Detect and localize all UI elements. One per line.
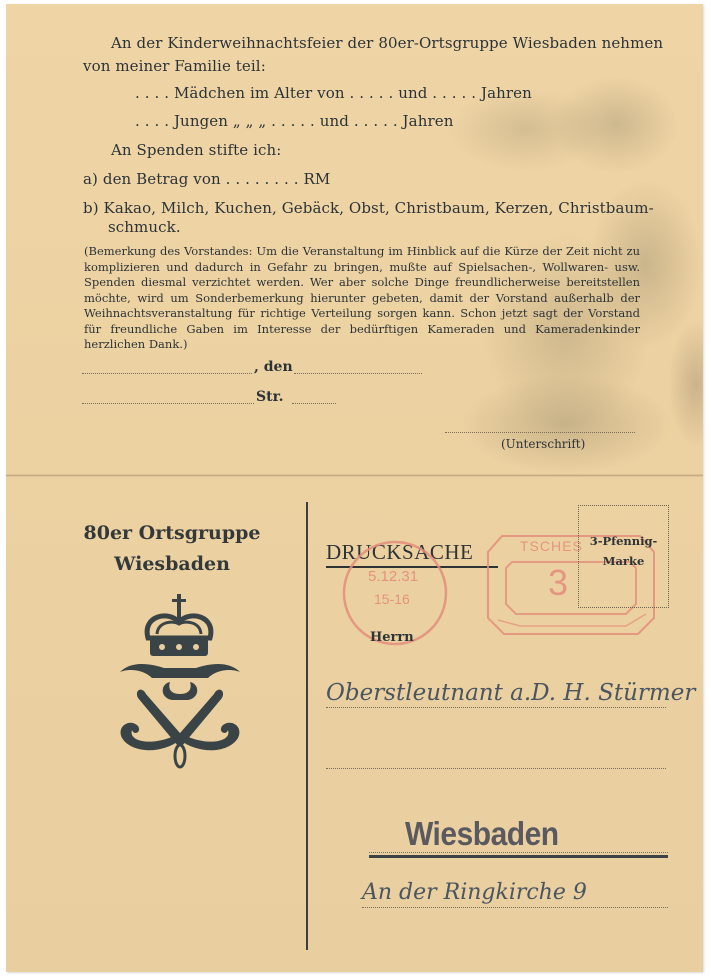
address-line-2[interactable] [326,768,666,769]
signature-label: (Unterschrift) [501,437,585,451]
stamp-label-line-1: 3-Pfennig- [578,534,669,548]
donation-option-a: a) den Betrag von . . . . . . . . RM [83,170,330,188]
postmark-date: 5.12.31 [368,568,418,585]
board-note: (Bemerkung des Vorstandes: Um die Verans… [84,244,640,353]
postmark-time: 15-16 [374,591,410,607]
city-field[interactable] [369,852,668,853]
donation-option-b-line-2: schmuck. [108,218,181,236]
date-label: , den [254,359,293,375]
donations-heading: An Spenden stifte ich: [111,141,281,159]
meter-stamp-text: TSCHES [520,538,583,554]
org-title-line-2: Wiesbaden [47,553,297,575]
recipient-name-line[interactable] [326,707,666,708]
donation-option-b-line-1: b) Kakao, Milch, Kuchen, Gebäck, Obst, C… [83,199,654,217]
street-field[interactable] [82,403,254,404]
place-field[interactable] [82,373,252,374]
recipient-name: Oberstleutnant a.D. H. Stürmer [326,680,695,706]
girls-line: . . . . Mädchen im Alter von . . . . . u… [135,84,532,102]
meter-stamp-value: 3 [548,562,568,604]
intro-line-2: von meiner Familie teil: [83,57,266,75]
salutation: Herrn [370,630,414,645]
card-divider [306,502,308,950]
city-stamp: Wiesbaden [405,816,559,854]
crown-monogram-icon [112,590,252,770]
street-number-field[interactable] [292,403,336,404]
street-address: An der Ringkirche 9 [362,880,587,905]
org-title-line-1: 80er Ortsgruppe [47,522,297,544]
fold-line [6,474,703,477]
intro-line-1: An der Kinderweihnachtsfeier der 80er-Or… [111,34,663,52]
date-field[interactable] [294,373,422,374]
boys-line: . . . . Jungen „ „ „ . . . . . und . . .… [135,112,453,130]
stamp-label-line-2: Marke [578,554,669,568]
city-underline [369,855,668,858]
signature-field[interactable] [445,432,635,433]
street-label: Str. [256,389,284,405]
street-address-line[interactable] [362,907,668,908]
